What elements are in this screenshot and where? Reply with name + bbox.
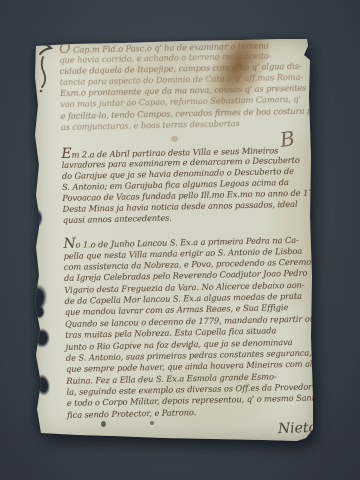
edge-tear — [23, 282, 51, 316]
photo-background: O Cap.m Fid.o Pasc.o q' ha de examinar o… — [0, 0, 360, 480]
edge-tear — [33, 305, 45, 319]
edge-tear — [34, 328, 50, 348]
edge-tear — [29, 208, 43, 228]
edge-tear — [34, 373, 52, 397]
ink-mark-top-left — [36, 42, 56, 94]
ink-blot — [101, 421, 106, 427]
handwritten-text: O Cap.m Fid.o Pasc.o q' ha de examinar o… — [59, 39, 317, 421]
paragraph-3: No 1.o de Junho Lancou S. Ex.a a primeir… — [63, 234, 317, 421]
manuscript-paper: O Cap.m Fid.o Pasc.o q' ha de examinar o… — [33, 37, 315, 443]
paragraph-2: Em 2.a de Abril partirao desta Villa e s… — [61, 143, 313, 226]
ink-speck — [150, 421, 154, 425]
margin-flourish: B — [278, 126, 296, 152]
signature-flourish — [251, 436, 313, 448]
paragraph-1: O Cap.m Fid.o Pasc.o q' ha de examinar o… — [59, 39, 311, 133]
paper-shadow: O Cap.m Fid.o Pasc.o q' ha de examinar o… — [0, 0, 360, 480]
